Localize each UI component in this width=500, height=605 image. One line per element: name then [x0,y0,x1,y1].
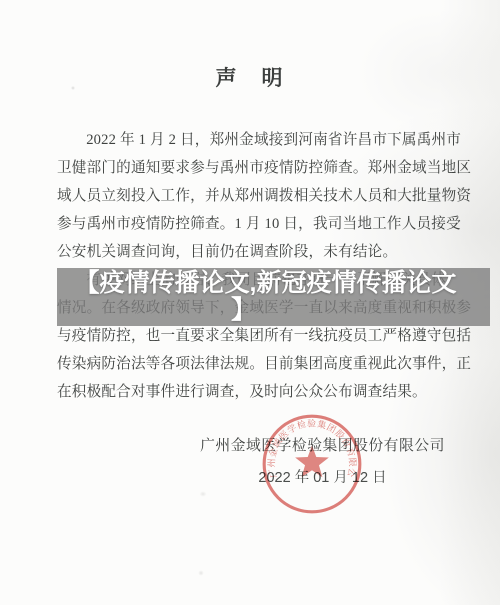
watermark-text-line1: 【疫情传播论文,新冠疫情传播论文 [75,270,457,297]
para2-line5: 在积极配合对事件进行调查，及时向公众公布调查结果。 [57,378,446,406]
para1-line5: 公安机关调查问询，目前仍在调查阶段，未有结论。 [57,238,446,266]
para1-line3: 域人员立刻投入工作，并从郑州调拨相关技术人员和大批量物资 [57,182,446,210]
seal-star-icon [295,445,329,477]
scanned-statement-page: 声 明 2022 年 1 月 2 日，郑州金域接到河南省许昌市下属禹州市 卫健部… [0,0,500,605]
document-title: 声 明 [0,62,500,92]
para1-line2: 卫健部门的通知要求参与禹州市疫情防控筛查。郑州金域当地区 [57,154,446,182]
company-seal-stamp: 广州金域医学检验集团股份有限公司 [260,412,364,516]
watermark-text-line2: 】 [231,297,256,324]
para2-line4: 传染病防治法等各项法律法规。目前集团高度重视此次事件，正 [57,350,446,378]
para1-line1: 2022 年 1 月 2 日，郑州金域接到河南省许昌市下属禹州市 [57,126,446,154]
watermark-overlay-banner: 【疫情传播论文,新冠疫情传播论文 】 [57,268,490,326]
para1-line4: 参与禹州市疫情防控筛查。1 月 10 日，我司当地工作人员接受 [57,210,446,238]
document-body: 2022 年 1 月 2 日，郑州金域接到河南省许昌市下属禹州市 卫健部门的通知… [57,126,446,406]
para2-line3: 与疫情防控，也一直要求全集团所有一线抗疫员工严格遵守包括 [57,322,446,350]
